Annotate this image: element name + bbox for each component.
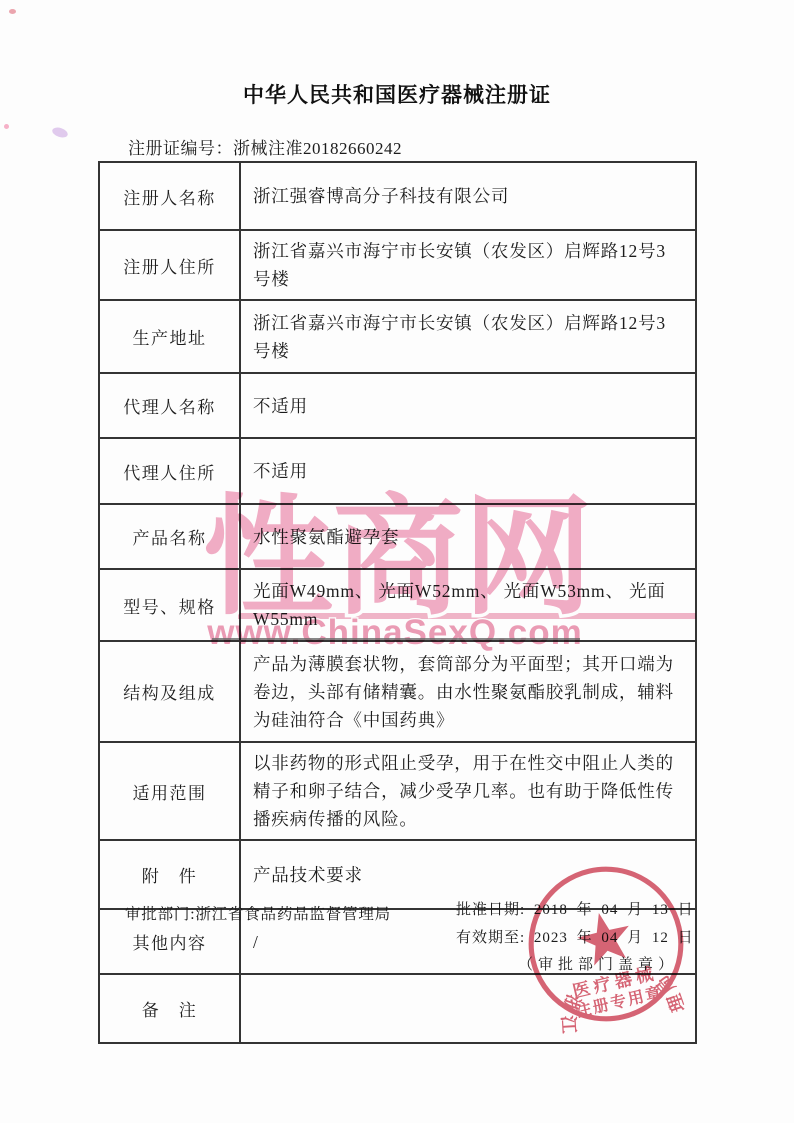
row-value: 浙江省嘉兴市海宁市长安镇（农发区）启辉路12号3号楼: [240, 300, 696, 373]
date-block: 批准日期: 2018 年 04 月 13 日 有效期至: 2023 年 04 月…: [456, 897, 708, 980]
row-label: 注册人名称: [99, 162, 240, 230]
approval-date-line: 批准日期: 2018 年 04 月 13 日: [456, 897, 708, 925]
seal-note: （审批部门盖章）: [456, 952, 708, 980]
row-value: 光面W49mm、 光面W52mm、 光面W53mm、 光面W55mm: [240, 569, 696, 641]
table-row-scope-of-use: 适用范围 以非药物的形式阻止受孕，用于在性交中阻止人类的精子和卵子结合，减少受孕…: [99, 742, 696, 840]
valid-until-label: 有效期至:: [456, 930, 525, 946]
valid-until-value: 2023 年 04 月 12 日: [534, 930, 694, 946]
row-label: 代理人名称: [99, 373, 240, 438]
row-value: [240, 974, 696, 1043]
row-value: 浙江强睿博高分子科技有限公司: [240, 162, 696, 230]
valid-until-line: 有效期至: 2023 年 04 月 12 日: [456, 925, 708, 953]
row-label: 型号、规格: [99, 569, 240, 641]
row-label: 注册人住所: [99, 230, 240, 300]
registration-number-value: 浙械注准20182660242: [233, 139, 402, 158]
row-label: 产品名称: [99, 504, 240, 569]
approval-department-label: 审批部门:: [125, 906, 195, 923]
table-row-product-name: 产品名称 水性聚氨酯避孕套: [99, 504, 696, 569]
table-row-production-address: 生产地址 浙江省嘉兴市海宁市长安镇（农发区）启辉路12号3号楼: [99, 300, 696, 373]
table-row-registrant-name: 注册人名称 浙江强睿博高分子科技有限公司: [99, 162, 696, 230]
table-row-registrant-address: 注册人住所 浙江省嘉兴市海宁市长安镇（农发区）启辉路12号3号楼: [99, 230, 696, 300]
approval-department-value: 浙江省食品药品监督管理局: [195, 906, 391, 923]
row-label: 备 注: [99, 974, 240, 1043]
certificate-page: 中华人民共和国医疗器械注册证 注册证编号：浙械注准20182660242 注册人…: [0, 0, 794, 1123]
scan-artifact-purple-smudge: [51, 126, 69, 140]
document-title: 中华人民共和国医疗器械注册证: [0, 79, 794, 109]
registration-number-label: 注册证编号：: [128, 139, 233, 158]
approval-date-value: 2018 年 04 月 13 日: [534, 902, 694, 918]
table-row-model-spec: 型号、规格 光面W49mm、 光面W52mm、 光面W53mm、 光面W55mm: [99, 569, 696, 641]
row-value: 不适用: [240, 373, 696, 438]
table-row-agent-address: 代理人住所 不适用: [99, 438, 696, 504]
row-label: 生产地址: [99, 300, 240, 373]
table-row-remarks: 备 注: [99, 974, 696, 1043]
row-label: 结构及组成: [99, 641, 240, 742]
table-row-agent-name: 代理人名称 不适用: [99, 373, 696, 438]
table-row-structure-composition: 结构及组成 产品为薄膜套状物，套筒部分为平面型；其开口端为卷边，头部有储精囊。由…: [99, 641, 696, 742]
registration-number-line: 注册证编号：浙械注准20182660242: [128, 134, 402, 159]
row-value: 不适用: [240, 438, 696, 504]
row-value: 水性聚氨酯避孕套: [240, 504, 696, 569]
row-value: 产品为薄膜套状物，套筒部分为平面型；其开口端为卷边，头部有储精囊。由水性聚氨酯胶…: [240, 641, 696, 742]
approval-department-line: 审批部门:浙江省食品药品监督管理局: [125, 902, 391, 924]
scan-artifact-red-speck: [9, 9, 16, 14]
row-value: 浙江省嘉兴市海宁市长安镇（农发区）启辉路12号3号楼: [240, 230, 696, 300]
row-label: 附 件: [99, 840, 240, 909]
approval-date-label: 批准日期:: [456, 902, 525, 918]
row-label: 适用范围: [99, 742, 240, 840]
row-value: 以非药物的形式阻止受孕，用于在性交中阻止人类的精子和卵子结合，减少受孕几率。也有…: [240, 742, 696, 840]
scan-artifact-red-speck: [4, 124, 9, 129]
row-label: 代理人住所: [99, 438, 240, 504]
